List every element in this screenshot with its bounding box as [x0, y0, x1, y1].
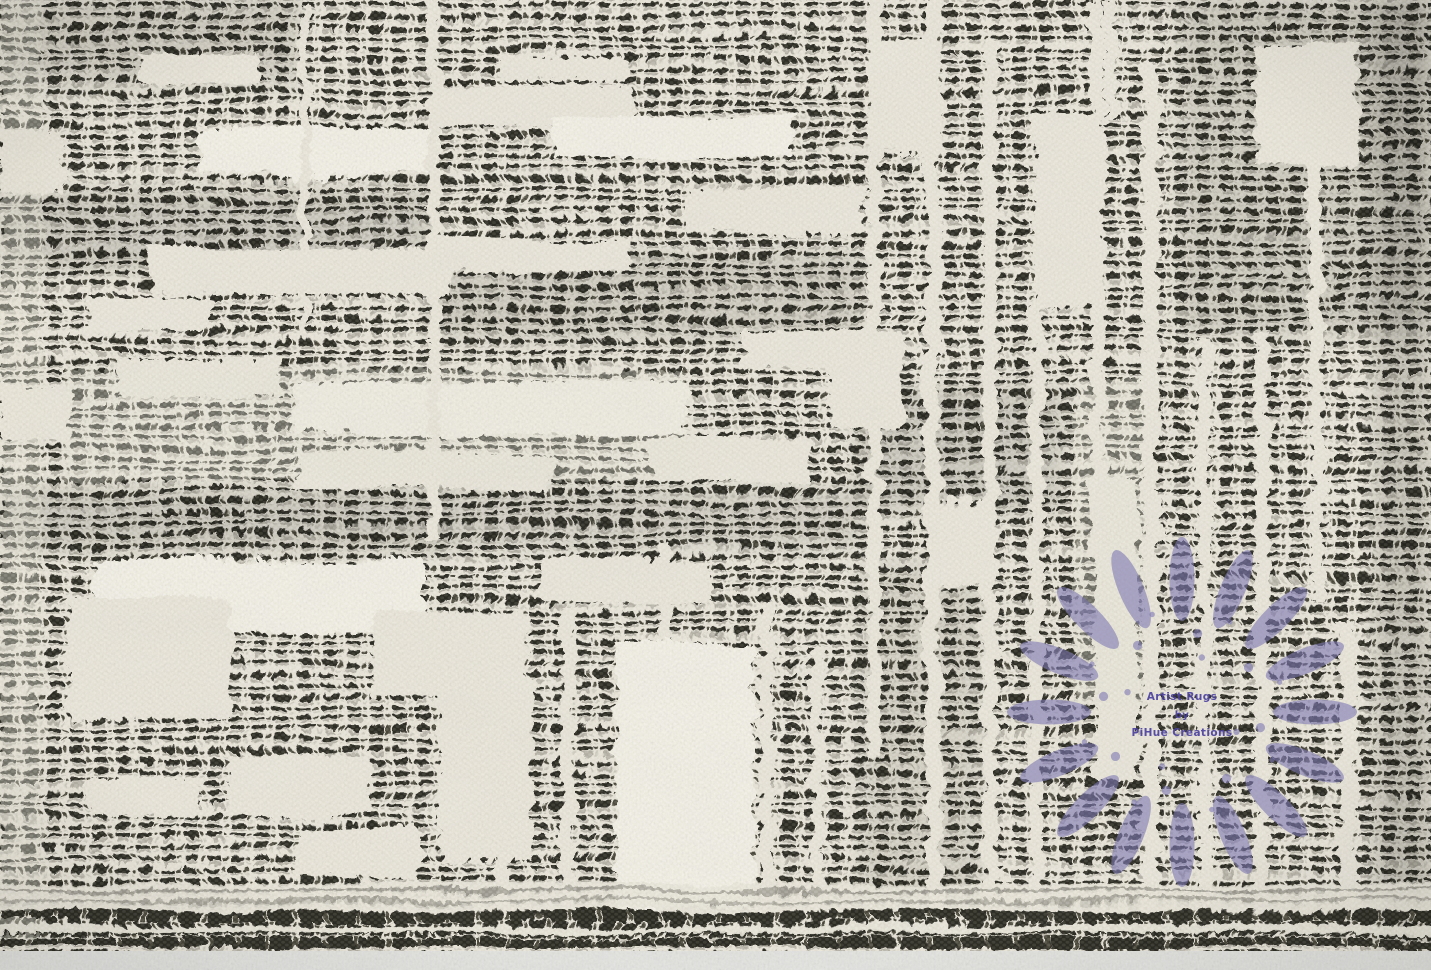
- petal: [1170, 803, 1195, 887]
- rug-photo: Artist Rugs by PiHue Creations: [0, 0, 1431, 970]
- watermark-line-2: by: [1175, 710, 1190, 721]
- rug-photo-canvas: Artist Rugs by PiHue Creations: [0, 0, 1431, 970]
- watermark-line-3: PiHue Creations: [1132, 727, 1233, 739]
- petal: [1007, 700, 1091, 725]
- watermark: Artist Rugs by PiHue Creations: [1007, 537, 1357, 887]
- petal: [1273, 700, 1357, 725]
- watermark-line-1: Artist Rugs: [1147, 691, 1218, 703]
- petal: [1170, 537, 1195, 621]
